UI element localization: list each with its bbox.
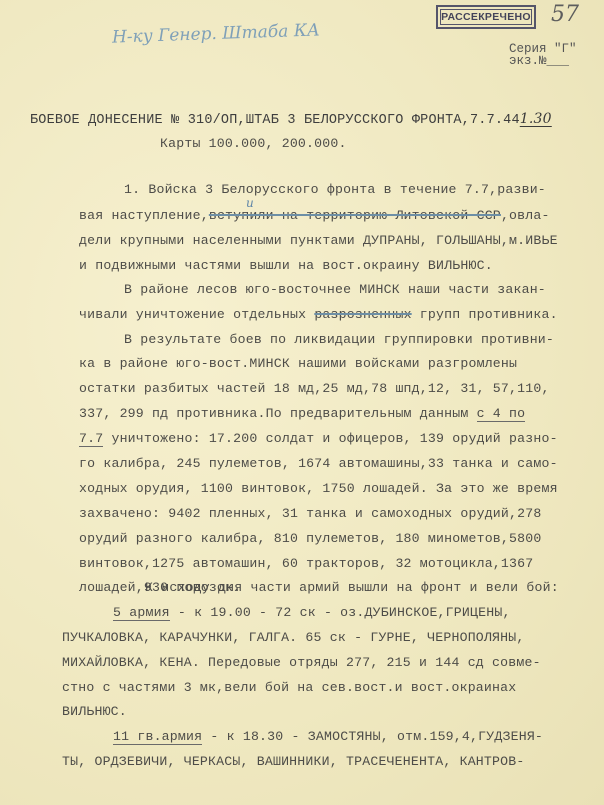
text-fragment: чивали уничтожение отдельных	[79, 307, 314, 322]
page-number: 57	[551, 2, 579, 27]
text-line: 7.7 уничтожено: 17.200 солдат и офицеров…	[79, 431, 558, 446]
text-line: захвачено: 9402 пленных, 31 танка и само…	[79, 506, 542, 521]
text-line: ка в районе юго-вост.МИНСК нашими войска…	[79, 356, 517, 371]
underlined-date: 7.7	[79, 431, 103, 447]
text-line: дели крупными населенными пунктами ДУПРА…	[79, 233, 558, 248]
text-line: вая наступление,вступили на территорию Л…	[79, 208, 550, 223]
text-line: 5 армия - к 19.00 - 72 ск - оз.ДУБИНСКОЕ…	[113, 605, 511, 620]
text-fragment: - к 18.30 - ЗАМОСТЯНЫ, отм.159,4,ГУДЗЕНЯ…	[202, 729, 543, 744]
struck-out-text: вступили на территорию Литовской ССР	[209, 208, 501, 223]
text-line: ВИЛЬНЮС.	[62, 704, 127, 719]
maps-reference: Карты 100.000, 200.000.	[160, 136, 347, 151]
text-line: остатки разбитых частей 18 мд,25 мд,78 ш…	[79, 381, 550, 396]
text-line: го калибра, 245 пулеметов, 1674 автомаши…	[79, 456, 558, 471]
underlined-army-name: 5 армия	[113, 605, 170, 621]
text-line: МИХАЙЛОВКА, КЕНА. Передовые отряды 277, …	[62, 655, 541, 670]
copy-number-label: экз.№___	[509, 55, 569, 67]
text-line: ходных орудия, 1100 винтовок, 1750 лошад…	[79, 481, 558, 496]
text-line: 1. Войска 3 Белорусского фронта в течени…	[124, 182, 546, 197]
text-line: и подвижными частями вышли на вост.окраи…	[79, 258, 493, 273]
text-fragment: - к 19.00 - 72 ск - оз.ДУБИНСКОЕ,ГРИЦЕНЫ…	[170, 605, 511, 620]
text-line: 337, 299 пд противника.По предварительны…	[79, 406, 525, 421]
handwritten-addressee-note: Н-ку Генер. Штаба КА	[112, 20, 320, 47]
text-fragment: групп противника.	[412, 307, 558, 322]
text-fragment: 337, 299 пд противника.По предварительны…	[79, 406, 477, 421]
declassified-stamp: РАССЕКРЕЧЕНО	[436, 5, 536, 29]
report-title: БОЕВОЕ ДОНЕСЕНИЕ № 310/ОП,ШТАБ 3 БЕЛОРУС…	[30, 111, 552, 128]
text-fragment: ,овла-	[501, 208, 550, 223]
text-line: 11 гв.армия - к 18.30 - ЗАМОСТЯНЫ, отм.1…	[113, 729, 543, 744]
text-line: винтовок,1275 автомашин, 60 тракторов, 3…	[79, 556, 533, 571]
archival-document-page: Н-ку Генер. Штаба КА РАССЕКРЕЧЕНО 57 Сер…	[0, 0, 604, 805]
text-line: ПУЧКАЛОВКА, КАРАЧУНКИ, ГАЛГА. 65 ск - ГУ…	[62, 630, 525, 645]
text-fragment: уничтожено: 17.200 солдат и офицеров, 13…	[103, 431, 557, 446]
text-line: стно с частями 3 мк,вели бой на сев.вост…	[62, 680, 516, 695]
text-line: чивали уничтожение отдельных разрозненны…	[79, 307, 558, 322]
report-title-text: БОЕВОЕ ДОНЕСЕНИЕ № 310/ОП,ШТАБ 3 БЕЛОРУС…	[30, 113, 520, 128]
text-line: В результате боев по ликвидации группиро…	[124, 332, 554, 347]
struck-out-text: разрозненных	[314, 307, 411, 322]
text-line: ТЫ, ОРДЗЕВИЧИ, ЧЕРКАСЫ, ВАШИННИКИ, ТРАСЕ…	[62, 754, 525, 769]
text-line: В районе лесов юго-восточнее МИНСК наши …	[124, 282, 546, 297]
handwritten-time: 1.30	[520, 111, 552, 127]
text-line: К исходу дня части армий вышли на фронт …	[145, 580, 559, 595]
text-fragment: вая наступление,	[79, 208, 209, 223]
text-line: орудий разного калибра, 810 пулеметов, 1…	[79, 531, 542, 546]
underlined-army-name: 11 гв.армия	[113, 729, 202, 745]
underlined-date-range: с 4 по	[477, 406, 526, 422]
